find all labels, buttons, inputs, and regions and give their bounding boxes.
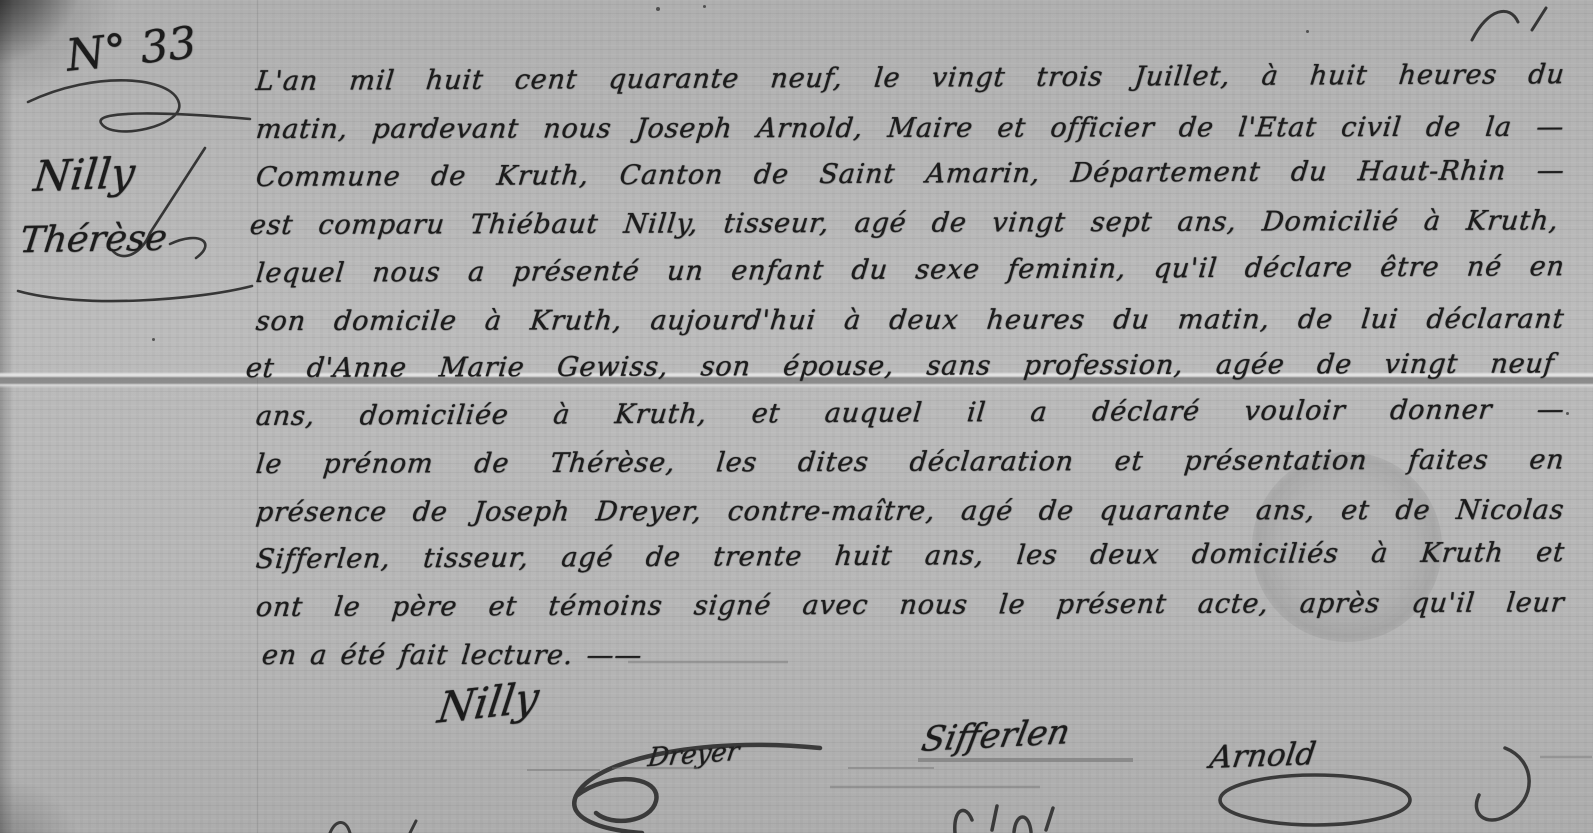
paper-speck — [1306, 30, 1309, 33]
record-text-line: ans, domiciliée à Kruth, et auquel il a … — [254, 394, 1566, 432]
signature-father: Nilly — [435, 672, 542, 733]
record-text-line: Commune de Kruth, Canton de Saint Amarin… — [254, 155, 1566, 193]
baseline-dash — [628, 662, 1592, 787]
signature-mayor: Arnold — [1207, 736, 1318, 776]
paper-speck — [1566, 412, 1569, 415]
paper-speck — [703, 5, 706, 8]
record-text-line: son domicile à Kruth, aujourd'hui à deux… — [254, 304, 1565, 337]
next-record-flourish — [576, 779, 656, 821]
signature-witness1: Dreyer — [646, 737, 741, 774]
act-number: N° 33 — [64, 17, 199, 81]
cutoff-stroke — [330, 821, 416, 833]
cutoff-stroke — [1476, 748, 1529, 820]
top-edge-ink-mark — [1472, 8, 1546, 40]
record-text-line: ont le père et témoins signé avec nous l… — [254, 587, 1566, 623]
mayor-signature-flourish — [1220, 775, 1410, 825]
margin-given-name: Thérèse — [17, 218, 169, 262]
margin-flourish — [28, 80, 250, 131]
signature-baseline-dash — [527, 768, 934, 770]
record-text-line: L'an mil huit cent quarante neuf, le vin… — [254, 59, 1566, 97]
record-text-line: lequel nous a présenté un enfant du sexe… — [254, 251, 1566, 289]
paper-speck — [152, 338, 155, 341]
record-text-line: le prénom de Thérèse, les dites déclarat… — [254, 444, 1566, 480]
record-text-line: est comparu Thiébaut Nilly, tisseur, agé… — [248, 205, 1560, 241]
cutoff-stroke — [955, 806, 1053, 833]
signature-witness2: Sifferlen — [918, 712, 1073, 760]
paper-speck — [656, 7, 660, 11]
record-text-line: en a été fait lecture. —— — [260, 640, 643, 671]
scanned-birth-record-page: N° 33 Nilly Thérèse L'an mil huit cent q… — [0, 0, 1593, 833]
record-text-line: matin, pardevant nous Joseph Arnold, Mai… — [254, 112, 1565, 145]
record-text-line: présence de Joseph Dreyer, contre-maître… — [254, 495, 1565, 528]
margin-surname: Nilly — [31, 148, 137, 201]
record-text-line: et d'Anne Marie Gewiss, son épouse, sans… — [244, 348, 1556, 384]
